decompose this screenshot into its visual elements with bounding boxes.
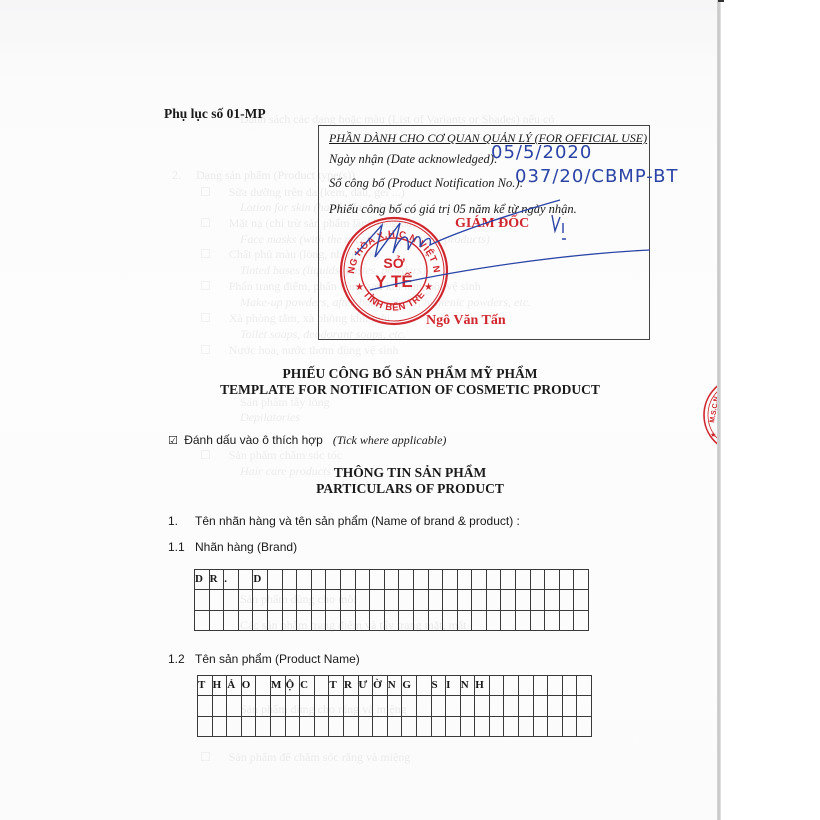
product-grid-cell[interactable] — [533, 676, 548, 696]
product-grid-cell[interactable] — [504, 676, 519, 696]
product-grid-cell[interactable]: H — [212, 676, 227, 696]
section-title-en: PARTICULARS OF PRODUCT — [150, 481, 670, 497]
product-grid-cell[interactable] — [416, 676, 431, 696]
product-grid-cell[interactable] — [402, 716, 417, 736]
product-grid-cell[interactable] — [460, 716, 475, 736]
brand-grid-cell[interactable] — [267, 610, 282, 630]
item-1-2-number: 1.2 — [168, 652, 195, 666]
product-grid-cell[interactable] — [270, 716, 285, 736]
brand-grid-cell[interactable] — [340, 570, 355, 590]
brand-grid-cell[interactable] — [326, 590, 341, 610]
document-title-vi: PHIẾU CÔNG BỐ SẢN PHẨM MỸ PHẨM — [150, 366, 670, 382]
item-1-heading: 1.Tên nhãn hàng và tên sản phẩm (Name of… — [168, 514, 520, 528]
brand-grid-cell[interactable] — [384, 570, 399, 590]
product-grid-cell[interactable] — [416, 696, 431, 716]
brand-grid-cell[interactable] — [574, 610, 589, 630]
product-grid-row — [198, 716, 592, 736]
product-grid-cell[interactable] — [577, 716, 592, 736]
product-grid-cell[interactable] — [241, 696, 256, 716]
product-grid-cell[interactable] — [562, 716, 577, 736]
brand-grid-cell[interactable] — [472, 590, 487, 610]
notification-number-value: 037/20/CBMP-BT — [515, 166, 679, 187]
item-1-1-heading: 1.1Nhãn hàng (Brand) — [168, 540, 297, 554]
product-grid-cell[interactable] — [358, 716, 373, 736]
svg-text:★: ★ — [710, 431, 716, 439]
brand-grid-cell[interactable] — [297, 570, 312, 590]
brand-grid-cell[interactable] — [545, 610, 560, 630]
brand-grid-cell[interactable] — [516, 610, 531, 630]
product-grid-cell[interactable] — [329, 716, 344, 736]
brand-grid-cell[interactable] — [238, 570, 253, 590]
product-grid-cell[interactable]: G — [402, 676, 417, 696]
product-grid-cell[interactable] — [548, 716, 563, 736]
product-grid-cell[interactable] — [548, 696, 563, 716]
official-use-title: PHẦN DÀNH CHO CƠ QUAN QUẢN LÝ (FOR OFFIC… — [329, 131, 647, 146]
brand-grid-cell[interactable] — [224, 610, 239, 630]
product-grid-cell[interactable] — [314, 696, 329, 716]
brand-grid-cell[interactable] — [428, 590, 443, 610]
product-grid-cell[interactable] — [562, 696, 577, 716]
brand-grid-cell[interactable] — [195, 610, 210, 630]
product-grid-cell[interactable] — [431, 696, 446, 716]
brand-grid-cell[interactable] — [472, 570, 487, 590]
product-grid-cell[interactable] — [343, 716, 358, 736]
brand-grid-cell[interactable] — [457, 570, 472, 590]
product-grid-cell[interactable] — [577, 696, 592, 716]
document-title-en: TEMPLATE FOR NOTIFICATION OF COSMETIC PR… — [150, 382, 670, 398]
brand-grid-cell[interactable] — [282, 590, 297, 610]
product-grid-cell[interactable] — [241, 716, 256, 736]
product-grid-cell[interactable] — [475, 696, 490, 716]
item-1-label: Tên nhãn hàng và tên sản phẩm (Name of b… — [195, 514, 520, 528]
product-grid-cell[interactable]: H — [475, 676, 490, 696]
product-grid-cell[interactable] — [300, 696, 315, 716]
product-grid-cell[interactable] — [504, 716, 519, 736]
product-grid-cell[interactable]: Ộ — [285, 676, 300, 696]
brand-grid-cell[interactable]: R — [209, 570, 224, 590]
product-grid-cell[interactable] — [489, 696, 504, 716]
brand-grid-cell[interactable] — [311, 610, 326, 630]
product-grid-cell[interactable] — [446, 696, 461, 716]
brand-grid-cell[interactable] — [355, 590, 370, 610]
brand-grid-cell[interactable] — [545, 570, 560, 590]
date-acknowledged-label: Ngày nhận (Date acknowledged): — [329, 152, 498, 167]
brand-grid-cell[interactable] — [238, 610, 253, 630]
brand-grid-cell[interactable] — [253, 590, 268, 610]
product-grid-cell[interactable] — [519, 716, 534, 736]
brand-grid-cell[interactable] — [238, 590, 253, 610]
brand-grid-cell[interactable] — [399, 610, 414, 630]
product-grid-cell[interactable] — [548, 676, 563, 696]
product-grid-cell[interactable] — [533, 696, 548, 716]
product-grid-cell[interactable]: N — [387, 676, 402, 696]
product-grid-row: THẢOMỘCTRƯỜNGSINH — [198, 676, 592, 696]
product-grid-cell[interactable] — [431, 716, 446, 736]
product-grid-row — [198, 696, 592, 716]
brand-grid-cell[interactable] — [399, 570, 414, 590]
product-grid-cell[interactable] — [285, 716, 300, 736]
item-1-1-number: 1.1 — [168, 540, 195, 554]
product-grid-cell[interactable]: I — [446, 676, 461, 696]
annex-label: Phụ lục số 01-MP — [164, 106, 266, 122]
brand-grid-cell[interactable] — [530, 570, 545, 590]
brand-grid-cell[interactable] — [355, 610, 370, 630]
brand-grid-cell[interactable] — [443, 590, 458, 610]
product-grid-cell[interactable] — [212, 716, 227, 736]
page-edge — [717, 0, 721, 820]
section-title-vi: THÔNG TIN SẢN PHẨM — [150, 465, 670, 481]
product-grid-cell[interactable]: Ư — [358, 676, 373, 696]
product-grid-cell[interactable]: C — [300, 676, 315, 696]
product-grid-cell[interactable] — [446, 716, 461, 736]
brand-grid-row — [195, 590, 589, 610]
brand-grid-cell[interactable] — [195, 590, 210, 610]
product-grid-cell[interactable] — [416, 716, 431, 736]
product-grid-cell[interactable] — [577, 676, 592, 696]
brand-grid-cell[interactable] — [413, 610, 428, 630]
brand-grid-cell[interactable] — [501, 570, 516, 590]
product-grid-cell[interactable] — [373, 696, 388, 716]
brand-grid-cell[interactable] — [516, 570, 531, 590]
product-grid-cell[interactable] — [475, 716, 490, 736]
brand-grid-cell[interactable] — [501, 610, 516, 630]
product-grid-cell[interactable] — [387, 716, 402, 736]
product-grid-cell[interactable] — [373, 716, 388, 736]
tick-instruction-vi: Đánh dấu vào ô thích hợp — [184, 433, 323, 447]
brand-grid-cell[interactable] — [486, 610, 501, 630]
product-grid-cell[interactable] — [300, 716, 315, 736]
product-grid-cell[interactable] — [504, 696, 519, 716]
brand-grid-cell[interactable] — [340, 590, 355, 610]
product-grid-cell[interactable] — [198, 696, 213, 716]
brand-grid-cell[interactable] — [472, 610, 487, 630]
document-page: Danh sách các dạng hoặc màu (List of Var… — [0, 0, 721, 820]
product-grid-cell[interactable] — [460, 696, 475, 716]
brand-grid-cell[interactable] — [209, 610, 224, 630]
item-1-2-heading: 1.2Tên sản phẩm (Product Name) — [168, 652, 360, 666]
product-grid-cell[interactable] — [562, 676, 577, 696]
brand-grid-cell[interactable] — [370, 610, 385, 630]
product-grid-cell[interactable] — [256, 716, 271, 736]
brand-grid-cell[interactable] — [559, 570, 574, 590]
product-grid-cell[interactable] — [285, 696, 300, 716]
brand-grid-cell[interactable] — [530, 610, 545, 630]
product-grid-cell[interactable]: R — [343, 676, 358, 696]
brand-grid-cell[interactable] — [413, 590, 428, 610]
brand-grid-cell[interactable] — [224, 590, 239, 610]
brand-grid-cell[interactable] — [326, 610, 341, 630]
brand-grid-cell[interactable] — [370, 590, 385, 610]
brand-name-grid[interactable]: DR.D — [194, 569, 589, 631]
brand-grid-cell[interactable] — [282, 610, 297, 630]
brand-grid-cell[interactable]: . — [224, 570, 239, 590]
date-acknowledged-value: 05/5/2020 — [491, 142, 592, 163]
brand-grid-cell[interactable] — [253, 610, 268, 630]
product-grid-cell[interactable] — [358, 696, 373, 716]
brand-grid-cell[interactable] — [311, 570, 326, 590]
item-1-1-label: Nhãn hàng (Brand) — [195, 540, 297, 554]
brand-grid-cell[interactable] — [209, 590, 224, 610]
brand-grid-cell[interactable] — [355, 570, 370, 590]
brand-grid-cell[interactable] — [311, 590, 326, 610]
brand-grid-cell[interactable] — [413, 570, 428, 590]
product-grid-cell[interactable] — [519, 676, 534, 696]
director-signature-icon — [330, 195, 660, 305]
brand-grid-cell[interactable] — [530, 590, 545, 610]
product-grid-cell[interactable] — [212, 696, 227, 716]
product-name-grid[interactable]: THẢOMỘCTRƯỜNGSINH — [197, 675, 592, 737]
tick-instruction: ☑ Đánh dấu vào ô thích hợp (Tick where a… — [168, 433, 446, 448]
brand-grid-cell[interactable] — [428, 570, 443, 590]
brand-grid-cell[interactable] — [443, 610, 458, 630]
item-1-2-label: Tên sản phẩm (Product Name) — [195, 652, 360, 666]
product-grid-cell[interactable] — [227, 716, 242, 736]
product-grid-cell[interactable]: N — [460, 676, 475, 696]
brand-grid-cell[interactable] — [384, 610, 399, 630]
product-grid-cell[interactable] — [387, 696, 402, 716]
brand-grid-row: DR.D — [195, 570, 589, 590]
brand-grid-cell[interactable] — [370, 570, 385, 590]
brand-grid-cell[interactable] — [443, 570, 458, 590]
section-title: THÔNG TIN SẢN PHẨM PARTICULARS OF PRODUC… — [150, 465, 670, 497]
brand-grid-cell[interactable] — [457, 590, 472, 610]
product-grid-cell[interactable] — [533, 716, 548, 736]
document-title: PHIẾU CÔNG BỐ SẢN PHẨM MỸ PHẨM TEMPLATE … — [150, 366, 670, 398]
tick-instruction-en: (Tick where applicable) — [333, 433, 447, 447]
brand-grid-cell[interactable] — [399, 590, 414, 610]
product-grid-cell[interactable] — [402, 696, 417, 716]
brand-grid-cell[interactable] — [267, 570, 282, 590]
product-grid-cell[interactable]: S — [431, 676, 446, 696]
brand-grid-cell[interactable]: D — [253, 570, 268, 590]
product-grid-cell[interactable] — [314, 676, 329, 696]
checked-box-icon: ☑ — [168, 434, 178, 447]
product-grid-cell[interactable] — [314, 716, 329, 736]
brand-grid-cell[interactable] — [297, 590, 312, 610]
brand-grid-cell[interactable] — [282, 570, 297, 590]
item-1-number: 1. — [168, 514, 195, 528]
product-grid-cell[interactable] — [489, 676, 504, 696]
product-grid-cell[interactable]: Ả — [227, 676, 242, 696]
product-grid-cell[interactable] — [489, 716, 504, 736]
brand-grid-cell[interactable] — [545, 590, 560, 610]
brand-grid-cell[interactable] — [326, 570, 341, 590]
brand-grid-cell[interactable] — [297, 610, 312, 630]
brand-grid-cell[interactable] — [457, 610, 472, 630]
product-grid-cell[interactable] — [256, 696, 271, 716]
brand-grid-cell[interactable] — [267, 590, 282, 610]
brand-grid-cell[interactable] — [559, 610, 574, 630]
brand-grid-cell[interactable] — [486, 590, 501, 610]
product-grid-cell[interactable] — [329, 696, 344, 716]
page-edge-corner — [718, 0, 724, 2]
product-grid-cell[interactable] — [343, 696, 358, 716]
product-grid-cell[interactable] — [519, 696, 534, 716]
brand-grid-cell[interactable] — [559, 590, 574, 610]
brand-grid-cell[interactable] — [384, 590, 399, 610]
brand-grid-cell[interactable] — [501, 590, 516, 610]
product-grid-cell[interactable] — [198, 716, 213, 736]
brand-grid-cell[interactable] — [574, 570, 589, 590]
brand-grid-cell[interactable] — [428, 610, 443, 630]
product-grid-cell[interactable]: M — [270, 676, 285, 696]
brand-grid-row — [195, 610, 589, 630]
product-grid-cell[interactable] — [270, 696, 285, 716]
brand-grid-cell[interactable] — [516, 590, 531, 610]
product-grid-cell[interactable]: O — [241, 676, 256, 696]
product-grid-cell[interactable]: T — [198, 676, 213, 696]
brand-grid-cell[interactable]: D — [195, 570, 210, 590]
product-grid-cell[interactable]: T — [329, 676, 344, 696]
product-grid-cell[interactable] — [256, 676, 271, 696]
brand-grid-cell[interactable] — [574, 590, 589, 610]
brand-grid-cell[interactable] — [340, 610, 355, 630]
notification-number-label: Số công bố (Product Notification No.): — [329, 176, 524, 191]
brand-grid-cell[interactable] — [486, 570, 501, 590]
product-grid-cell[interactable]: Ờ — [373, 676, 388, 696]
product-grid-cell[interactable] — [227, 696, 242, 716]
